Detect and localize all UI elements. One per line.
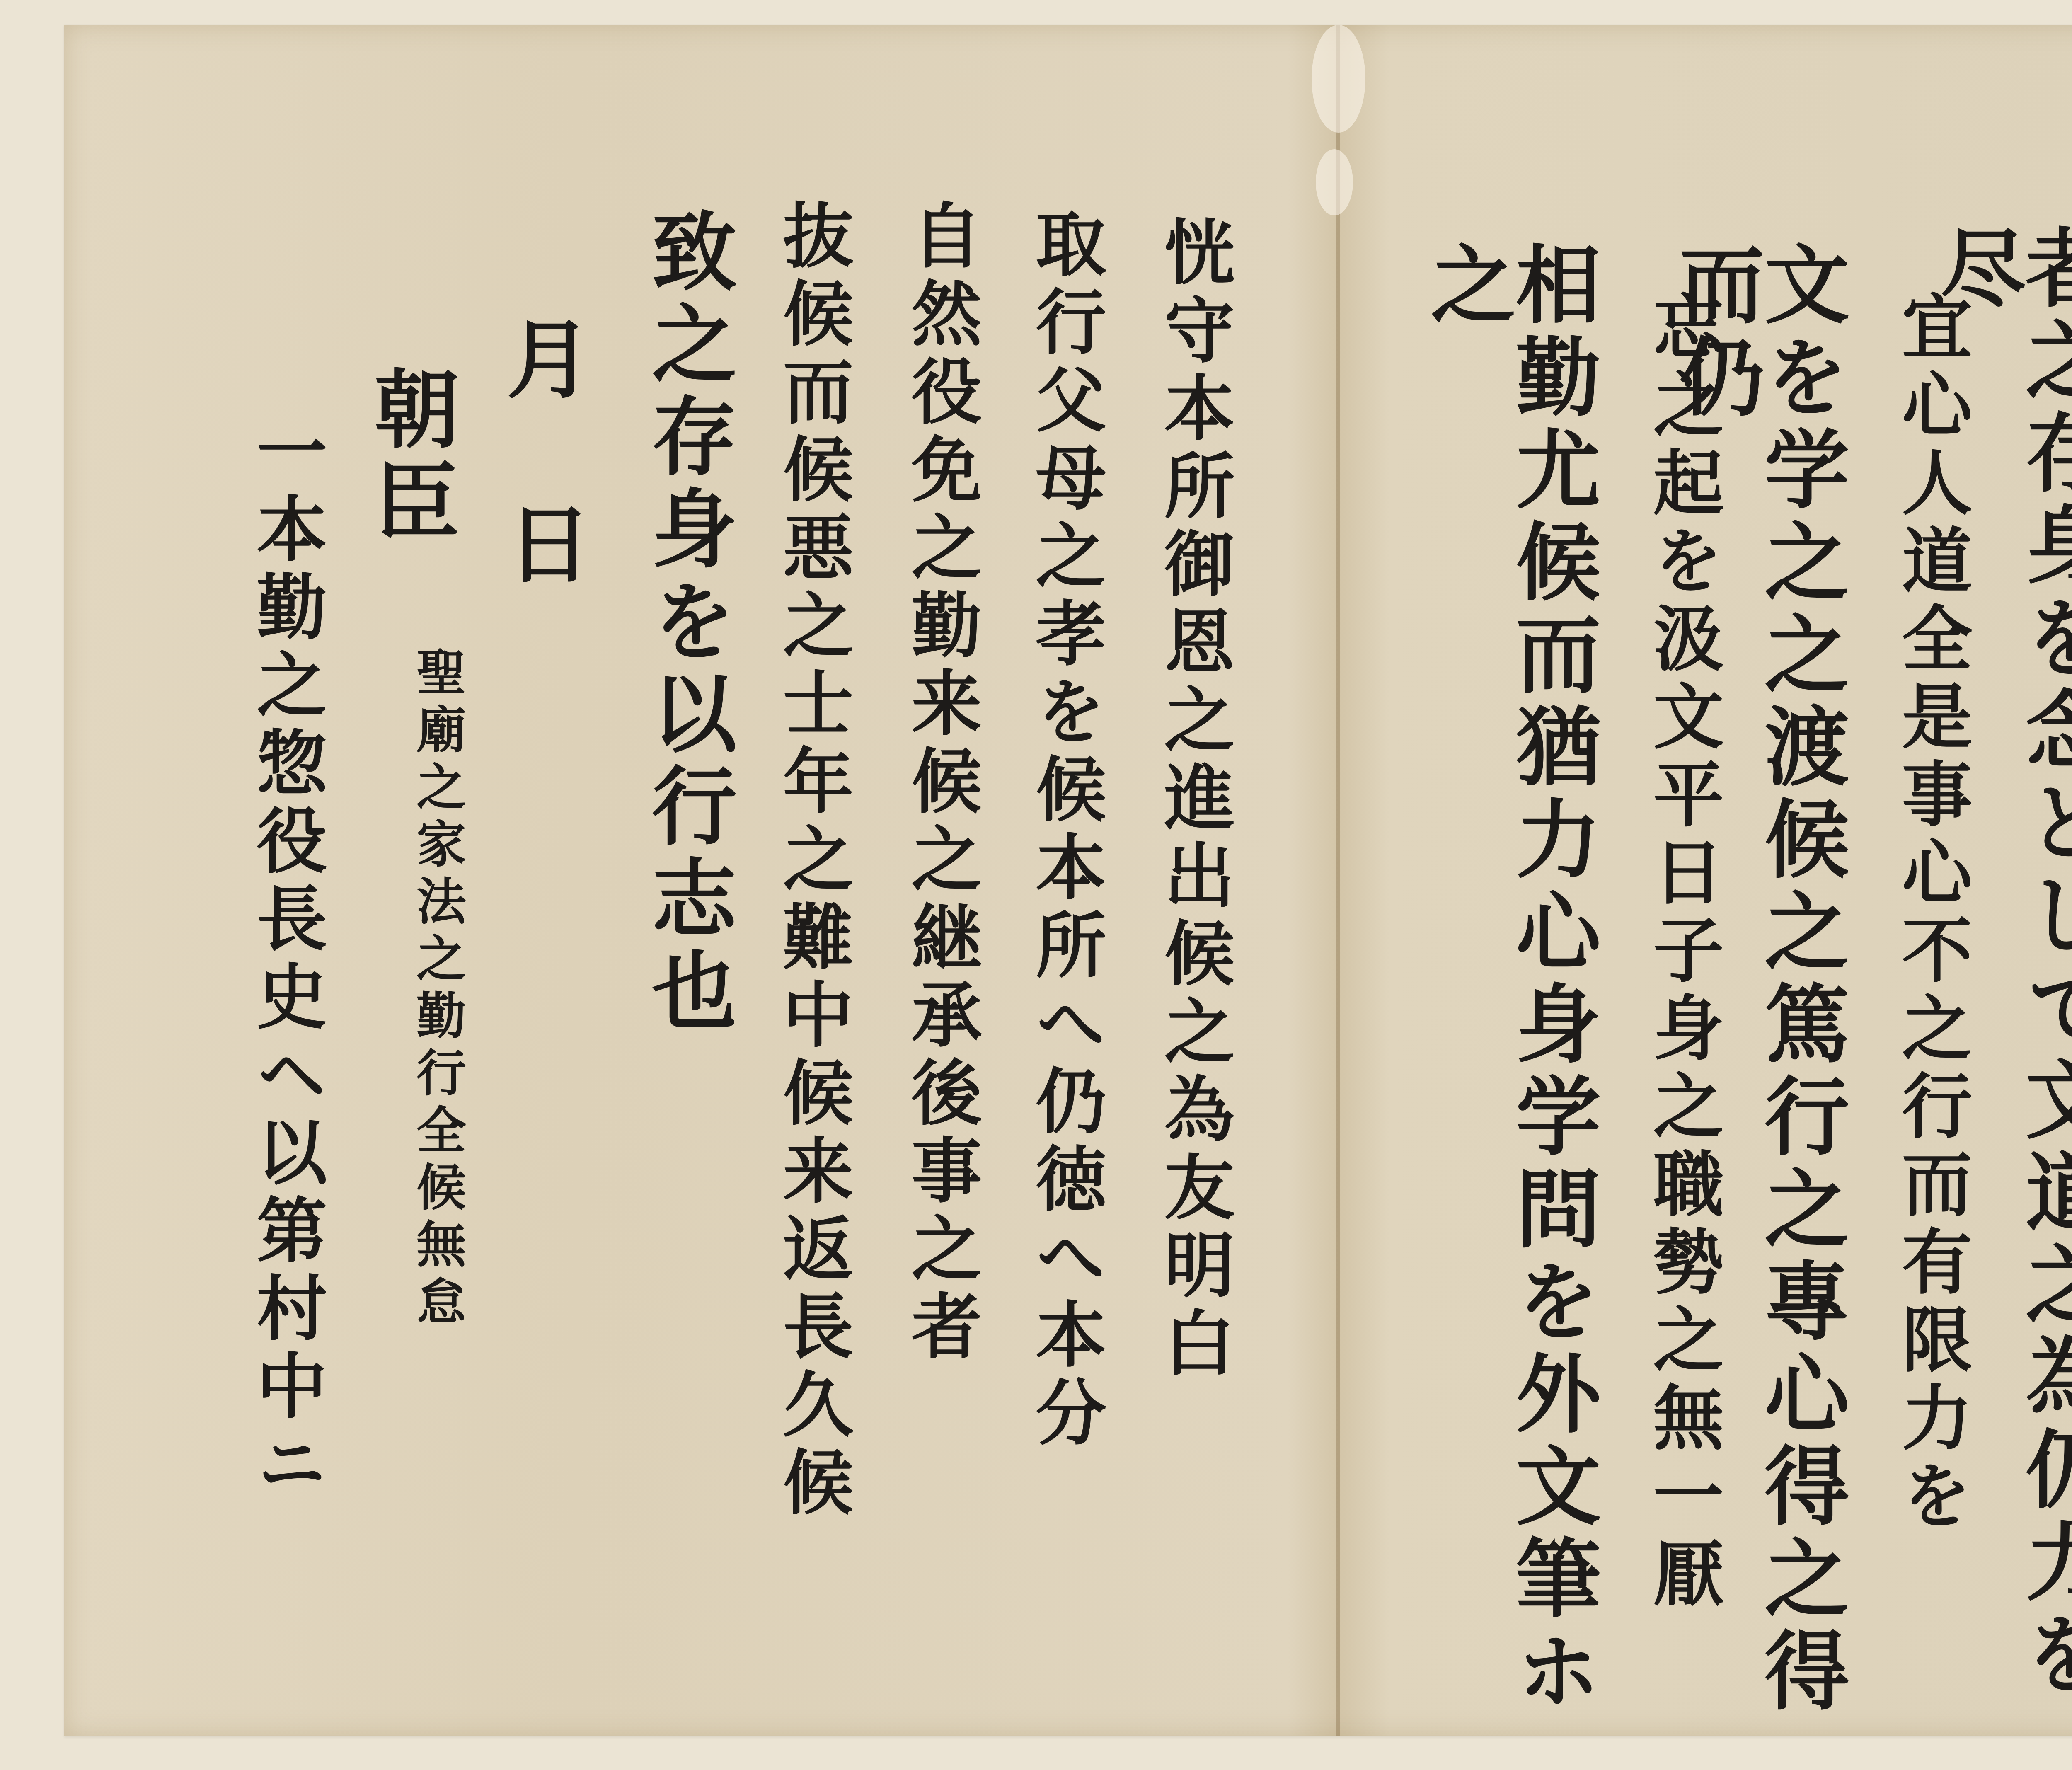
water-stain <box>1316 149 1353 215</box>
left-page-column-5: 致之存身を以行志也 <box>644 207 729 1039</box>
closing-line: 一本勤之惣役長史ヘ以第村中ニ <box>251 414 321 1505</box>
signature-title: 朝臣 <box>367 365 452 550</box>
binding-gutter <box>1336 25 1340 1736</box>
left-page-column-3: 自然役免之勤来候之継承後事之者 <box>905 199 976 1368</box>
signature-line: 聖廟之家法之勤行全候無怠 <box>412 646 462 1333</box>
left-page-column-1: 恍守本所御恩之進出候之為友明白 <box>1158 215 1229 1384</box>
right-page-column-8: 相勤尤候而猶力心身学問を外文筆ホ之 <box>1423 240 1593 1736</box>
left-page-column-4: 抜候而候悪之士年之難中候来返長久候 <box>777 199 847 1523</box>
right-page-column-5: 宜心人道全是事心不之行而有限力を <box>1896 290 1966 1537</box>
right-page-column-7: 忘之起を汲文平日子身之職勢之無一厭 <box>1647 290 1718 1615</box>
date-line: 月 日 <box>499 315 584 592</box>
water-stain <box>1312 25 1365 133</box>
manuscript-sheet: 小俣村貝友川子之妻 汝等知所居所存男女為紀之本と為繊 人間顕同之勤而少年被跡志候… <box>64 25 2072 1736</box>
left-page-column-2: 取行父母之孝を候本所へ仍徳へ本分 <box>1030 207 1100 1454</box>
